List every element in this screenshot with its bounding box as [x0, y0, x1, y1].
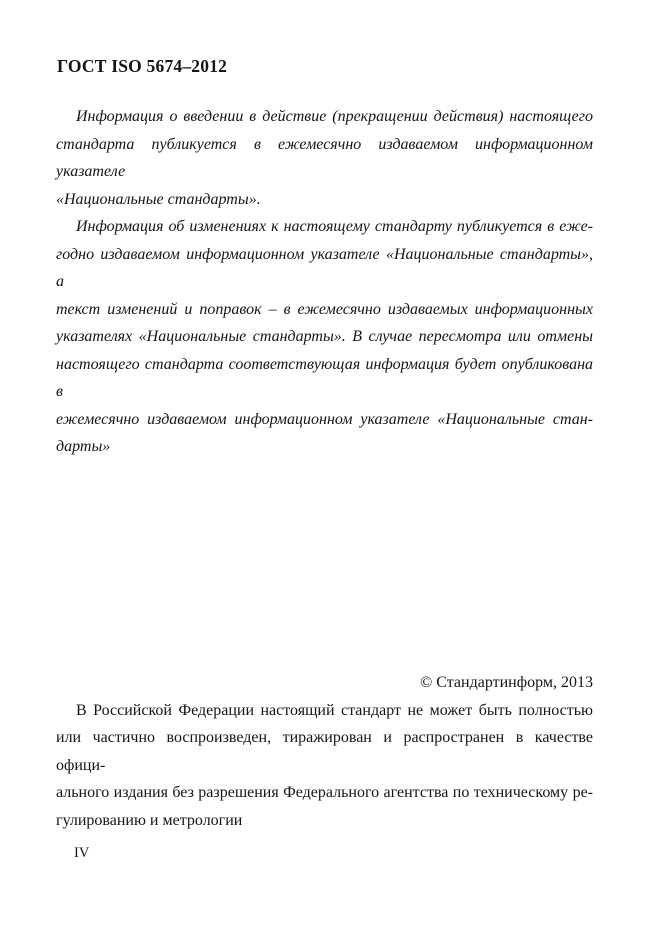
document-title: ГОСТ ISO 5674–2012 — [57, 56, 227, 77]
text-line: Информация об изменениях к настоящему ст… — [56, 213, 593, 241]
standard-info-block: Информация о введении в действие (прекра… — [56, 103, 593, 461]
text-line: указателях «Национальные стандарты». В с… — [56, 323, 593, 351]
reproduction-restriction-paragraph: В Российской Федерации настоящий стандар… — [56, 697, 593, 835]
publisher-footer-block: © Стандартинформ, 2013 В Российской Феде… — [56, 669, 593, 834]
standard-info-paragraph-2: Информация об изменениях к настоящему ст… — [56, 213, 593, 461]
text-line: ального издания без разрешения Федеральн… — [56, 779, 593, 807]
text-line: текст изменений и поправок – в ежемесячн… — [56, 296, 593, 324]
text-line: гулированию и метрологии — [56, 807, 593, 835]
text-line: годно издаваемом информационном указател… — [56, 241, 593, 296]
document-page: ГОСТ ISO 5674–2012 Информация о введении… — [0, 0, 661, 936]
text-line: или частично воспроизведен, тиражирован … — [56, 724, 593, 779]
text-line: ежемесячно издаваемом информационном ука… — [56, 406, 593, 434]
text-line: В Российской Федерации настоящий стандар… — [56, 697, 593, 725]
copyright-line: © Стандартинформ, 2013 — [56, 669, 593, 697]
text-line: Информация о введении в действие (прекра… — [56, 103, 593, 131]
text-line: стандарта публикуется в ежемесячно издав… — [56, 131, 593, 186]
page-number: IV — [74, 845, 89, 862]
text-line: настоящего стандарта соответствующая инф… — [56, 351, 593, 406]
text-line: дарты» — [56, 433, 593, 461]
standard-info-paragraph-1: Информация о введении в действие (прекра… — [56, 103, 593, 213]
text-line: «Национальные стандарты». — [56, 186, 593, 214]
